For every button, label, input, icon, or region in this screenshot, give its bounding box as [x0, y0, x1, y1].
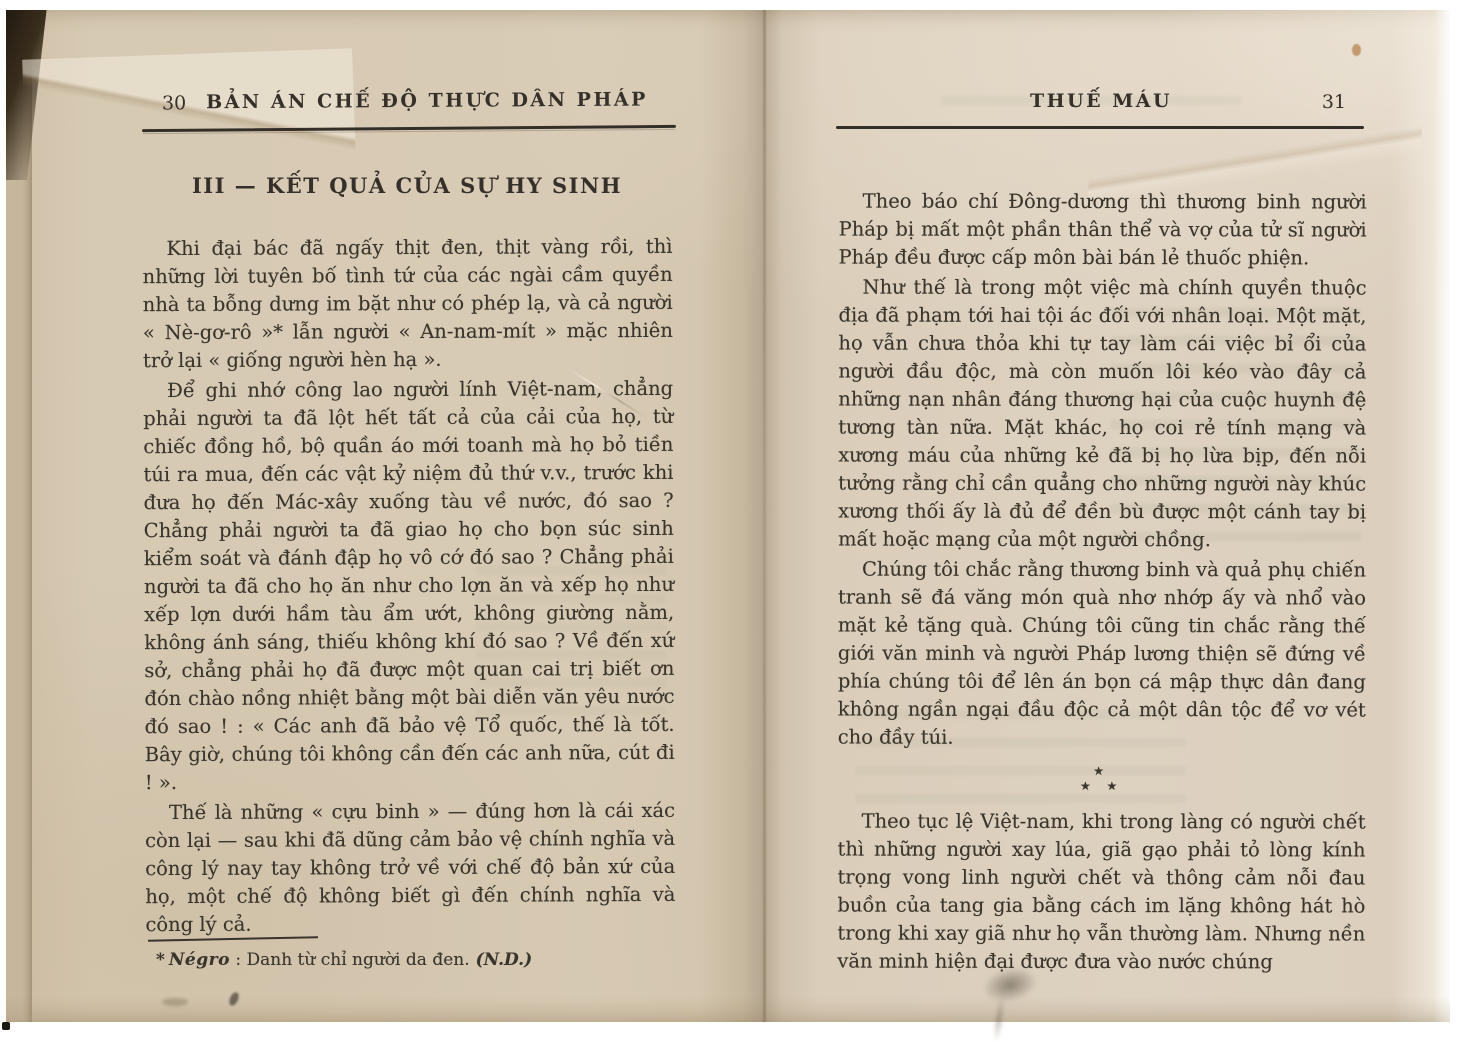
header-rule-left [142, 125, 676, 132]
footnote-term: Négro [169, 950, 230, 970]
bottom-shadow [6, 996, 1450, 1022]
dark-binding-corner [6, 10, 76, 180]
scan-edge-fade [1434, 10, 1450, 1022]
left-running-title: BẢN ÁN CHẾ ĐỘ THỰC DÂN PHÁP [140, 88, 674, 113]
left-running-head: 30 BẢN ÁN CHẾ ĐỘ THỰC DÂN PHÁP [140, 88, 674, 113]
paragraph: Như thế là trong một việc mà chính quyền… [838, 274, 1366, 555]
right-running-title: THUẾ MÁU [838, 90, 1364, 112]
asterism-star-top: ★ [838, 764, 1366, 780]
asterism-separator: ★ ★ ★ [838, 764, 1366, 795]
header-rule-right [836, 126, 1364, 129]
book-scan: 30 BẢN ÁN CHẾ ĐỘ THỰC DÂN PHÁP III — KẾT… [6, 10, 1450, 1022]
paragraph: Thế là những « cựu binh » — đúng hơn là … [145, 797, 676, 939]
left-page-number: 30 [162, 92, 186, 114]
paragraph: Khi đại bác đã ngấy thịt đen, thịt vàng … [142, 233, 673, 375]
paragraph: Để ghi nhớ công lao người lính Việt-nam,… [143, 375, 675, 797]
corner-dot-stain [2, 1022, 10, 1030]
footnote-separator: : [230, 950, 247, 970]
section-heading: III — KẾT QUẢ CỦA SỰ HY SINH [140, 173, 674, 198]
paragraph: Theo tục lệ Việt-nam, khi trong làng có … [837, 808, 1365, 977]
paragraph: Theo báo chí Đông-dương thì thương binh … [839, 188, 1367, 273]
footnote: *Négro : Danh từ chỉ người da đen.(N.D.) [156, 950, 676, 970]
gutter-fold-line [763, 10, 766, 1022]
left-page-body: Khi đại bác đã ngấy thịt đen, thịt vàng … [142, 233, 675, 941]
paragraph: Chúng tôi chắc rằng thương binh và quả p… [838, 556, 1366, 753]
footnote-source: (N.D.) [470, 950, 533, 970]
right-page-number: 31 [1322, 91, 1346, 113]
asterism-stars-bottom: ★ ★ [838, 779, 1366, 795]
footnote-marker: * [156, 950, 169, 970]
right-running-head: THUẾ MÁU 31 [838, 90, 1364, 112]
footnote-text: Danh từ chỉ người da đen. [246, 950, 469, 970]
right-page-body: Theo báo chí Đông-dương thì thương binh … [837, 188, 1366, 979]
gutter-shadow [700, 10, 820, 1022]
